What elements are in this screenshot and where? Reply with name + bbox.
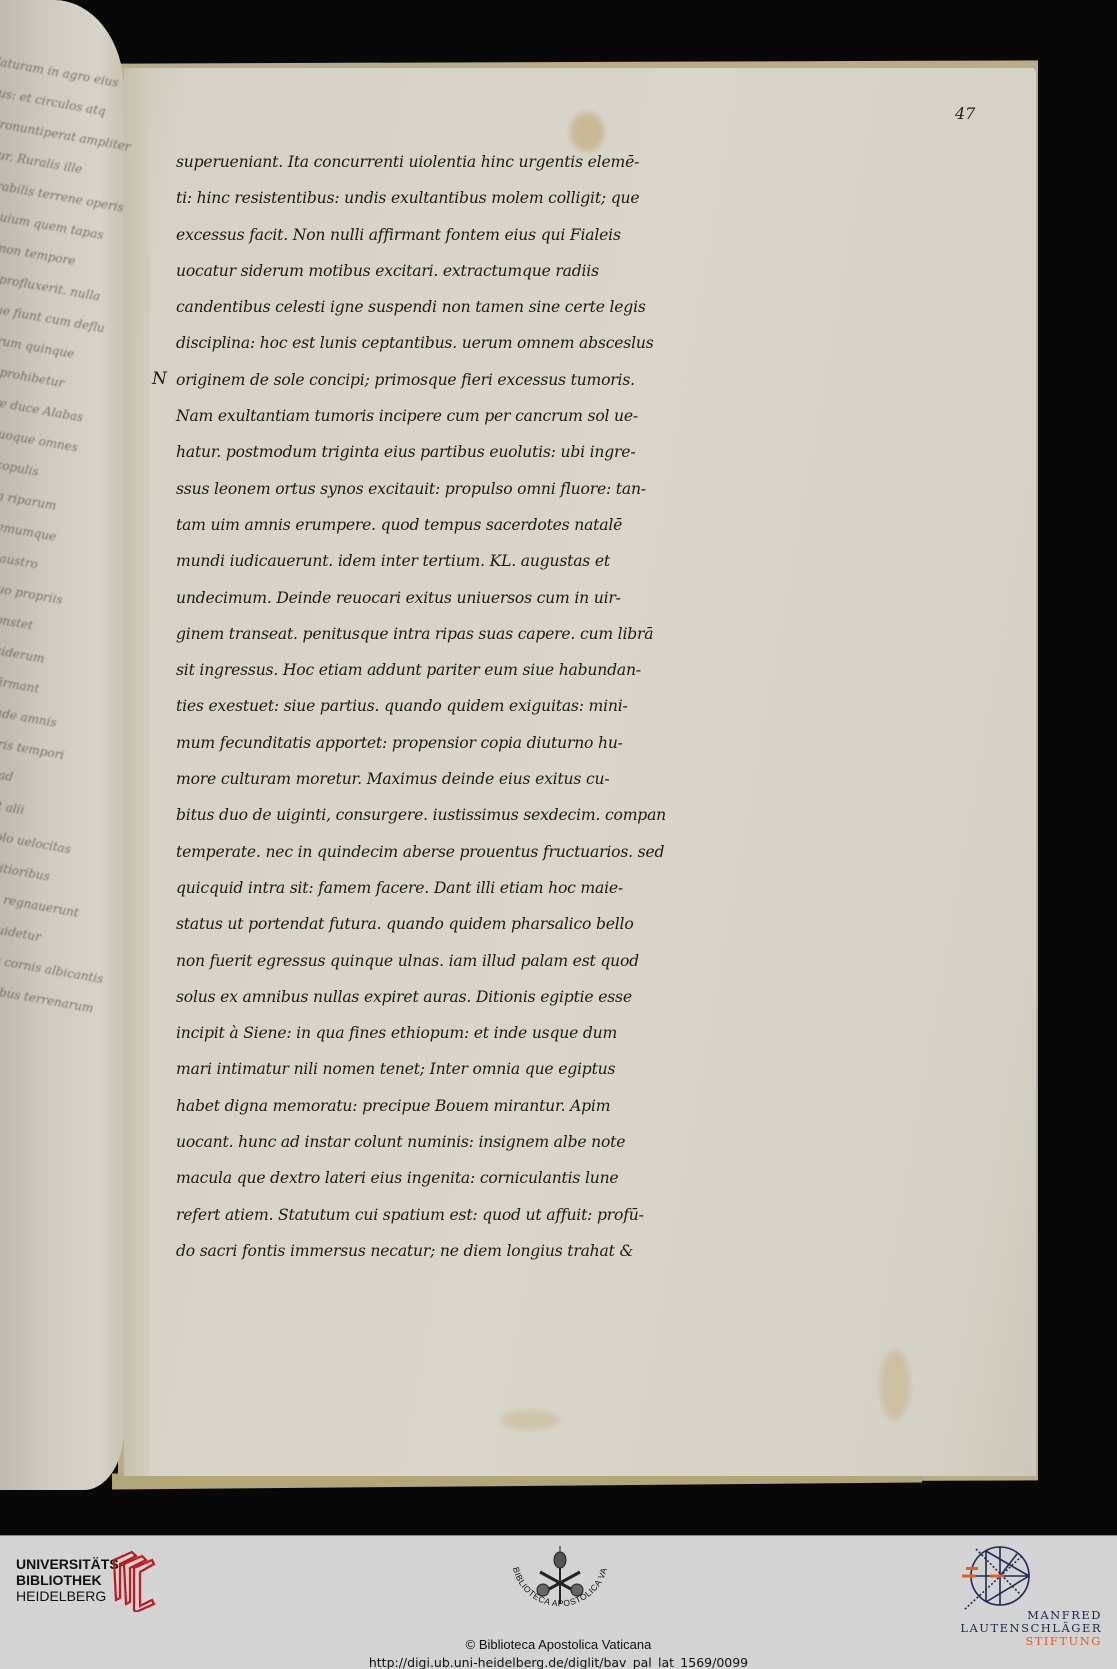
manuscript-line: mundi iudicauerunt. idem inter tertium. …: [176, 543, 716, 579]
manuscript-scan: 47 N superueniant. Ita concurrenti uiole…: [0, 0, 1117, 1535]
orange-dash-decoration: [966, 1567, 978, 1570]
manuscript-line: mari intimatur nili nomen tenet; Inter o…: [176, 1051, 716, 1087]
manuscript-line: more culturam moretur. Maximus deinde ei…: [176, 761, 716, 797]
manuscript-line: sit ingressus. Hoc etiam addunt pariter …: [176, 652, 716, 688]
manuscript-line: ssus leonem ortus synos excitauit: propu…: [176, 471, 716, 507]
folio-number: 47: [955, 104, 975, 123]
stain: [880, 1350, 910, 1420]
manuscript-line: ginem transeat. penitusque intra ripas s…: [176, 616, 716, 652]
manuscript-line: undecimum. Deinde reuocari exitus uniuer…: [176, 580, 716, 616]
copyright-notice: © Biblioteca Apostolica Vaticana: [0, 1637, 1117, 1652]
manuscript-line: bitus duo de uiginti, consurgere. iustis…: [176, 797, 716, 833]
manuscript-line: ti: hinc resistentibus: undis exultantib…: [176, 180, 716, 216]
mls-line3: STIFTUNG: [960, 1635, 1102, 1648]
manuscript-line: macula que dextro lateri eius ingenita: …: [176, 1160, 716, 1196]
manuscript-line: status ut portendat futura. quando quide…: [176, 906, 716, 942]
stain: [500, 1410, 560, 1430]
vatican-library-logo-icon[interactable]: BIBLIOTECA APOSTOLICA VATICANA: [495, 1542, 625, 1632]
manuscript-line: tam uim amnis erumpere. quod tempus sace…: [176, 507, 716, 543]
manuscript-line: excessus facit. Non nulli affirmant font…: [176, 217, 716, 253]
svg-text:BIBLIOTECA APOSTOLICA VATICANA: BIBLIOTECA APOSTOLICA VATICANA: [495, 1542, 609, 1608]
ub-line3: HEIDELBERG: [16, 1588, 123, 1604]
manuscript-line: habet digna memoratu: precipue Bouem mir…: [176, 1088, 716, 1124]
ub-line2: BIBLIOTHEK: [16, 1572, 123, 1588]
manuscript-line: uocant. hunc ad instar colunt numinis: i…: [176, 1124, 716, 1160]
lautenschlaeger-logo-icon[interactable]: [962, 1546, 1032, 1612]
permalink-url[interactable]: http://digi.ub.uni-heidelberg.de/diglit/…: [0, 1655, 1117, 1669]
manuscript-line: quicquid intra sit: famem facere. Dant i…: [176, 870, 716, 906]
left-page-text: syrendaturam in agro eiusfluctibus: et c…: [0, 40, 130, 1001]
manuscript-line: originem de sole concipi; primosque fier…: [176, 362, 716, 398]
manuscript-line: refert atiem. Statutum cui spatium est: …: [176, 1197, 716, 1233]
ub-line1: UNIVERSITÄTS-: [16, 1556, 123, 1572]
manuscript-line: candentibus celesti igne suspendi non ta…: [176, 289, 716, 325]
manuscript-line: mum fecunditatis apportet: propensior co…: [176, 725, 716, 761]
manuscript-line: Nam exultantiam tumoris incipere cum per…: [176, 398, 716, 434]
manuscript-line: temperate. nec in quindecim aberse proue…: [176, 834, 716, 870]
manuscript-line: solus ex amnibus nullas expiret auras. D…: [176, 979, 716, 1015]
marginal-initial: N: [152, 369, 167, 389]
manuscript-line: ties exestuet: siue partius. quando quid…: [176, 688, 716, 724]
manuscript-line: disciplina: hoc est lunis ceptantibus. u…: [176, 325, 716, 361]
left-page-curl: syrendaturam in agro eiusfluctibus: et c…: [0, 0, 124, 1490]
manuscript-text: superueniant. Ita concurrenti uiolentia …: [176, 144, 716, 1269]
ub-heidelberg-logo-icon[interactable]: [112, 1550, 156, 1612]
manuscript-line: hatur. postmodum triginta eius partibus …: [176, 434, 716, 470]
manuscript-line: non fuerit egressus quinque ulnas. iam i…: [176, 943, 716, 979]
lautenschlaeger-name[interactable]: MANFRED LAUTENSCHLÄGER STIFTUNG: [960, 1609, 1102, 1648]
ub-heidelberg-name[interactable]: UNIVERSITÄTS- BIBLIOTHEK HEIDELBERG: [16, 1556, 123, 1604]
manuscript-line: uocatur siderum motibus excitari. extrac…: [176, 253, 716, 289]
manuscript-line: do sacri fontis immersus necatur; ne die…: [176, 1233, 716, 1269]
manuscript-line: superueniant. Ita concurrenti uiolentia …: [176, 144, 716, 180]
manuscript-line: incipit à Siene: in qua fines ethiopum: …: [176, 1015, 716, 1051]
footer: UNIVERSITÄTS- BIBLIOTHEK HEIDELBERG BIBL…: [0, 1535, 1117, 1669]
